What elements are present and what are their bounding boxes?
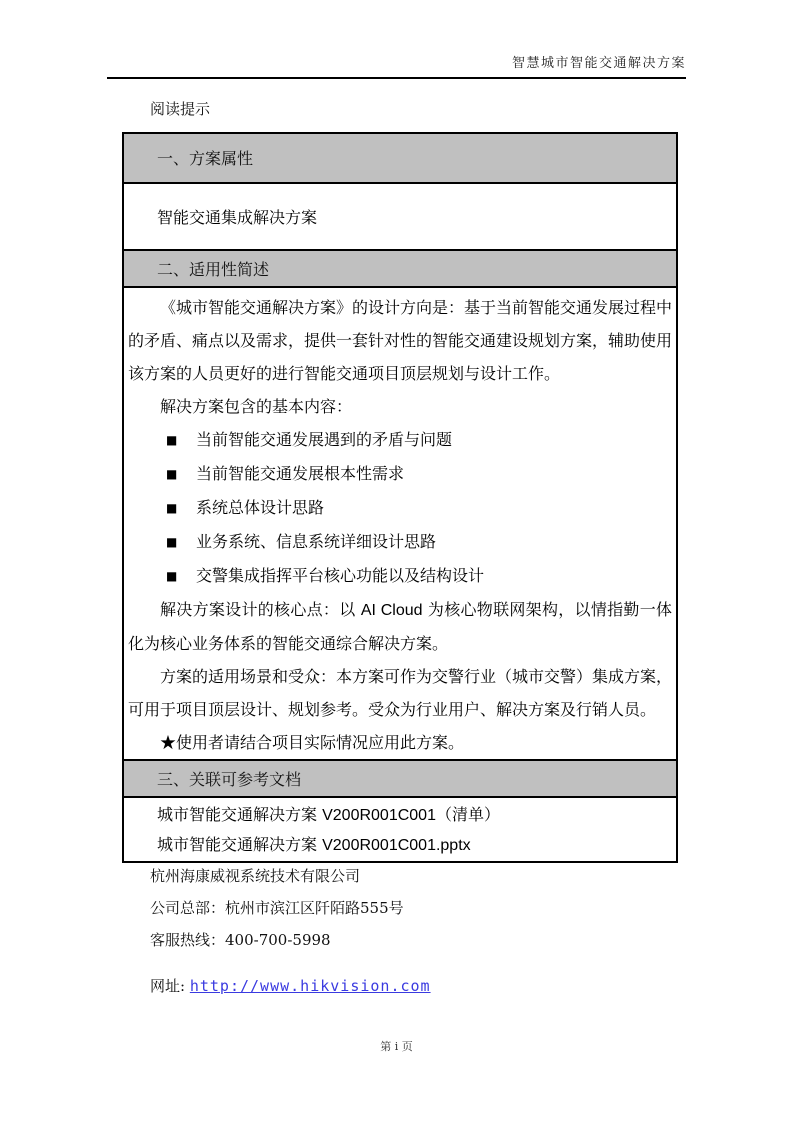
doc-version: V200R001C001 — [322, 807, 436, 824]
website-label: 网址: — [150, 977, 190, 995]
company-hotline: 客服热线：400-700-5998 — [150, 924, 431, 956]
page-number: 第 i 页 — [0, 1038, 793, 1054]
list-item: ■交警集成指挥平台核心功能以及结构设计 — [128, 559, 672, 593]
core-point-paragraph: 解决方案设计的核心点：以 AI Cloud 为核心物联网架构，以情指勤一体化为核… — [128, 593, 672, 660]
section-heading-applicability: 二、适用性简述 — [124, 249, 676, 288]
usage-note-paragraph: ★使用者请结合项目实际情况应用此方案。 — [128, 726, 672, 759]
doc-name-zh: 城市智能交通解决方案 — [157, 805, 322, 824]
company-name: 杭州海康威视系统技术有限公司 — [150, 860, 431, 892]
doc-tail: （清单） — [436, 805, 500, 824]
summary-table: 一、方案属性 智能交通集成解决方案 二、适用性简述 《城市智能交通解决方案》的设… — [122, 132, 678, 863]
list-item: ■业务系统、信息系统详细设计思路 — [128, 525, 672, 559]
reference-doc-item: 城市智能交通解决方案 V200R001C001（清单） — [157, 800, 676, 830]
intro-label: 阅读提示 — [150, 98, 210, 119]
section-heading-reference-docs: 三、关联可参考文档 — [124, 759, 676, 798]
list-item-label: 当前智能交通发展遇到的矛盾与问题 — [196, 430, 452, 449]
section-heading-plan-attribute: 一、方案属性 — [124, 134, 676, 184]
square-bullet-icon: ■ — [166, 560, 196, 593]
core-point-prefix: 解决方案设计的核心点：以 — [160, 600, 361, 619]
list-item-label: 当前智能交通发展根本性需求 — [196, 464, 404, 483]
website-line: 网址: http://www.hikvision.com — [150, 970, 431, 1002]
audience-paragraph: 方案的适用场景和受众：本方案可作为交警行业（城市交警）集成方案，可用于项目顶层设… — [128, 660, 672, 726]
list-item-label: 交警集成指挥平台核心功能以及结构设计 — [196, 566, 484, 585]
plan-attribute-value: 智能交通集成解决方案 — [124, 184, 676, 249]
list-item: ■当前智能交通发展根本性需求 — [128, 457, 672, 491]
design-direction-paragraph: 《城市智能交通解决方案》的设计方向是：基于当前智能交通发展过程中的矛盾、痛点以及… — [128, 291, 672, 390]
square-bullet-icon: ■ — [166, 424, 196, 457]
square-bullet-icon: ■ — [166, 492, 196, 525]
company-info-block: 杭州海康威视系统技术有限公司 公司总部：杭州市滨江区阡陌路555号 客服热线：4… — [150, 860, 431, 1002]
list-item: ■系统总体设计思路 — [128, 491, 672, 525]
page-header-title: 智慧城市智能交通解决方案 — [107, 0, 686, 79]
list-item-label: 系统总体设计思路 — [196, 498, 324, 517]
company-address: 公司总部：杭州市滨江区阡陌路555号 — [150, 892, 431, 924]
list-item-label: 业务系统、信息系统详细设计思路 — [196, 532, 436, 551]
doc-version: V200R001C001.pptx — [322, 837, 471, 854]
reference-docs-content: 城市智能交通解决方案 V200R001C001（清单） 城市智能交通解决方案 V… — [124, 798, 676, 861]
reference-doc-item: 城市智能交通解决方案 V200R001C001.pptx — [157, 830, 676, 860]
basic-content-intro-paragraph: 解决方案包含的基本内容： — [128, 390, 672, 423]
square-bullet-icon: ■ — [166, 526, 196, 559]
core-point-latin: AI Cloud — [361, 602, 423, 619]
list-item: ■当前智能交通发展遇到的矛盾与问题 — [128, 423, 672, 457]
doc-name-zh: 城市智能交通解决方案 — [157, 835, 322, 854]
square-bullet-icon: ■ — [166, 458, 196, 491]
applicability-content: 《城市智能交通解决方案》的设计方向是：基于当前智能交通发展过程中的矛盾、痛点以及… — [124, 288, 676, 759]
website-link[interactable]: http://www.hikvision.com — [190, 977, 431, 995]
